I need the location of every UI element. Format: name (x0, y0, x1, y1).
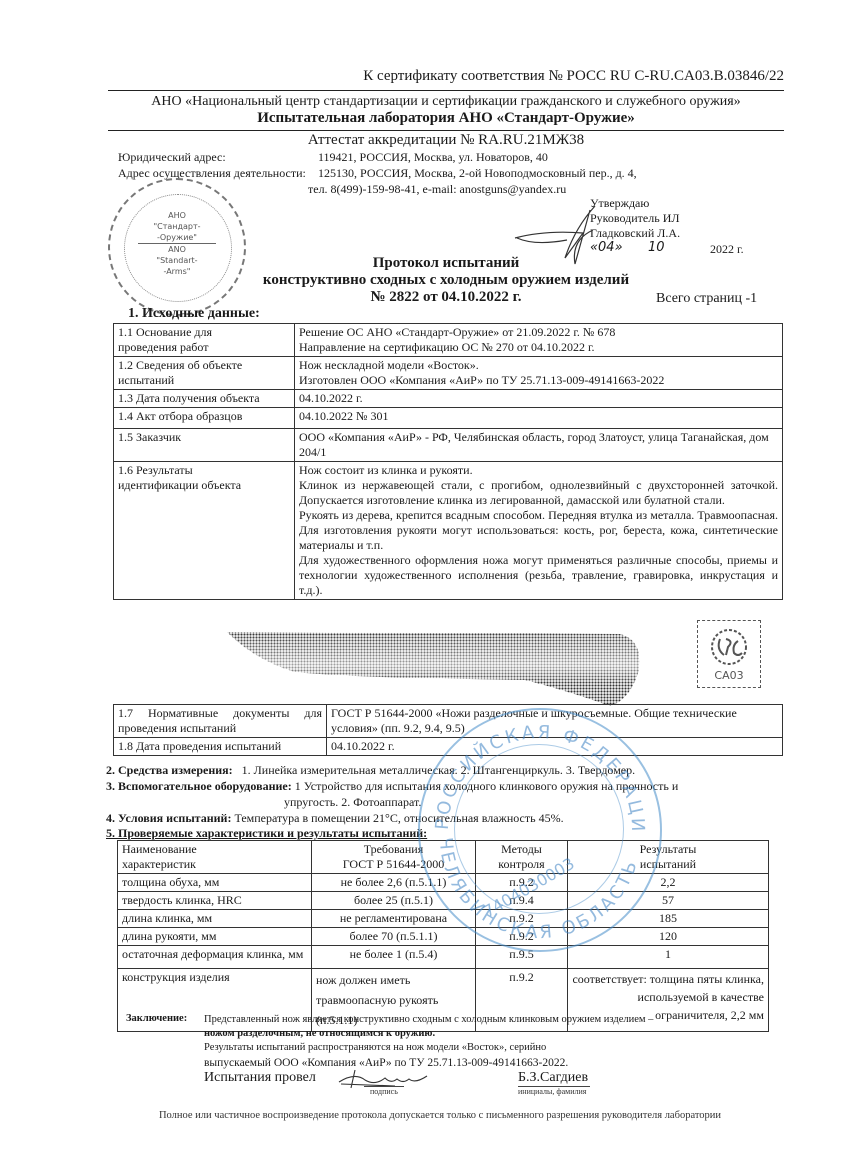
header-divider-2 (108, 130, 784, 131)
section1-heading: 1. Исходные данные: (128, 306, 260, 322)
accreditation-number: Аттестат аккредитации № RA.RU.21МЖ38 (108, 132, 784, 149)
table-row: остаточная деформация клинка, ммне более… (118, 946, 769, 969)
normative-table: 1.7 Нормативные документы для проведения… (113, 704, 783, 756)
contacts: тел. 8(499)-159-98-41, e-mail: anostguns… (308, 182, 566, 197)
table-row: длина клинка, ммне регламентирована п.9.… (118, 910, 769, 928)
footer-note: Полное или частичное воспроизведение про… (100, 1110, 780, 1121)
conclusion-line1: Представленный нож является конструктивн… (204, 1013, 653, 1027)
tester-name: Б.З.Сагдиев (518, 1070, 588, 1086)
conclusion-label: Заключение: (126, 1013, 187, 1024)
certificate-reference: К сертификату соответствия № РОСС RU C-R… (344, 68, 784, 85)
table-row: 1.8 Дата проведения испытаний 04.10.2022… (114, 738, 783, 756)
section4: 4. Условия испытаний: Температура в поме… (106, 811, 564, 826)
table-header-row: Наименование характеристик Требования ГО… (118, 841, 769, 874)
legal-address: 119421, РОССИЯ, Москва, ул. Новаторов, 4… (318, 150, 548, 165)
knife-image (225, 630, 645, 710)
section2: 2. Средства измерения: 1. Линейка измери… (106, 763, 635, 778)
legal-address-label: Юридический адрес: (118, 150, 226, 165)
pcc-logo-icon (706, 627, 752, 667)
conclusion-line3: Результаты испытаний распространяются на… (204, 1041, 546, 1055)
table-row: 1.7 Нормативные документы для проведения… (114, 705, 783, 738)
table-row: 1.2 Сведения об объекте испытаний Нож не… (114, 357, 783, 390)
tested-by-label: Испытания провел (204, 1070, 316, 1086)
table-row: 1.5 Заказчик ООО «Компания «АиР» - РФ, Ч… (114, 429, 783, 462)
organization-line: АНО «Национальный центр стандартизации и… (108, 93, 784, 110)
activity-address-label: Адрес осуществления деятельности: (118, 166, 306, 181)
table-row: 1.3 Дата получения объекта 04.10.2022 г. (114, 390, 783, 408)
table-row: толщина обуха, ммне более 2,6 (п.5.1.1) … (118, 874, 769, 892)
laboratory-name: Испытательная лаборатория АНО «Стандарт-… (108, 110, 784, 127)
source-data-table: 1.1 Основание для проведения работ Решен… (113, 323, 783, 600)
signature-caption: подпись (364, 1086, 404, 1096)
approval-month: 10 (648, 240, 665, 255)
protocol-subtitle: конструктивно сходных с холодным оружием… (108, 272, 784, 289)
table-row: 1.6 Результаты идентификации объекта Нож… (114, 462, 783, 600)
table-row: 1.4 Акт отбора образцов 04.10.2022 № 301 (114, 408, 783, 429)
certification-code: СА03 (698, 669, 760, 682)
results-table: Наименование характеристик Требования ГО… (117, 840, 769, 1032)
table-row: длина рукояти, ммболее 70 (п.5.1.1) п.9.… (118, 928, 769, 946)
name-caption: инициалы, фамилия (518, 1086, 590, 1096)
section3: 3. Вспомогательное оборудование: 1 Устро… (106, 779, 782, 794)
section5-heading: 5. Проверяемые характеристики и результа… (106, 826, 427, 841)
header-divider-1 (108, 90, 784, 91)
activity-address: 125130, РОССИЯ, Москва, 2-ой Новоподмоск… (318, 166, 637, 181)
protocol-title: Протокол испытаний (108, 255, 784, 272)
table-row: твердость клинка, HRCболее 25 (п.5.1) п.… (118, 892, 769, 910)
table-row: 1.1 Основание для проведения работ Решен… (114, 324, 783, 357)
section3-continued: упругость. 2. Фотоаппарат. (284, 795, 421, 810)
total-pages: Всего страниц -1 (656, 291, 757, 307)
conclusion-line2: ножом разделочным, не относящимся к оруж… (204, 1027, 435, 1041)
certification-mark: СА03 (697, 620, 761, 688)
